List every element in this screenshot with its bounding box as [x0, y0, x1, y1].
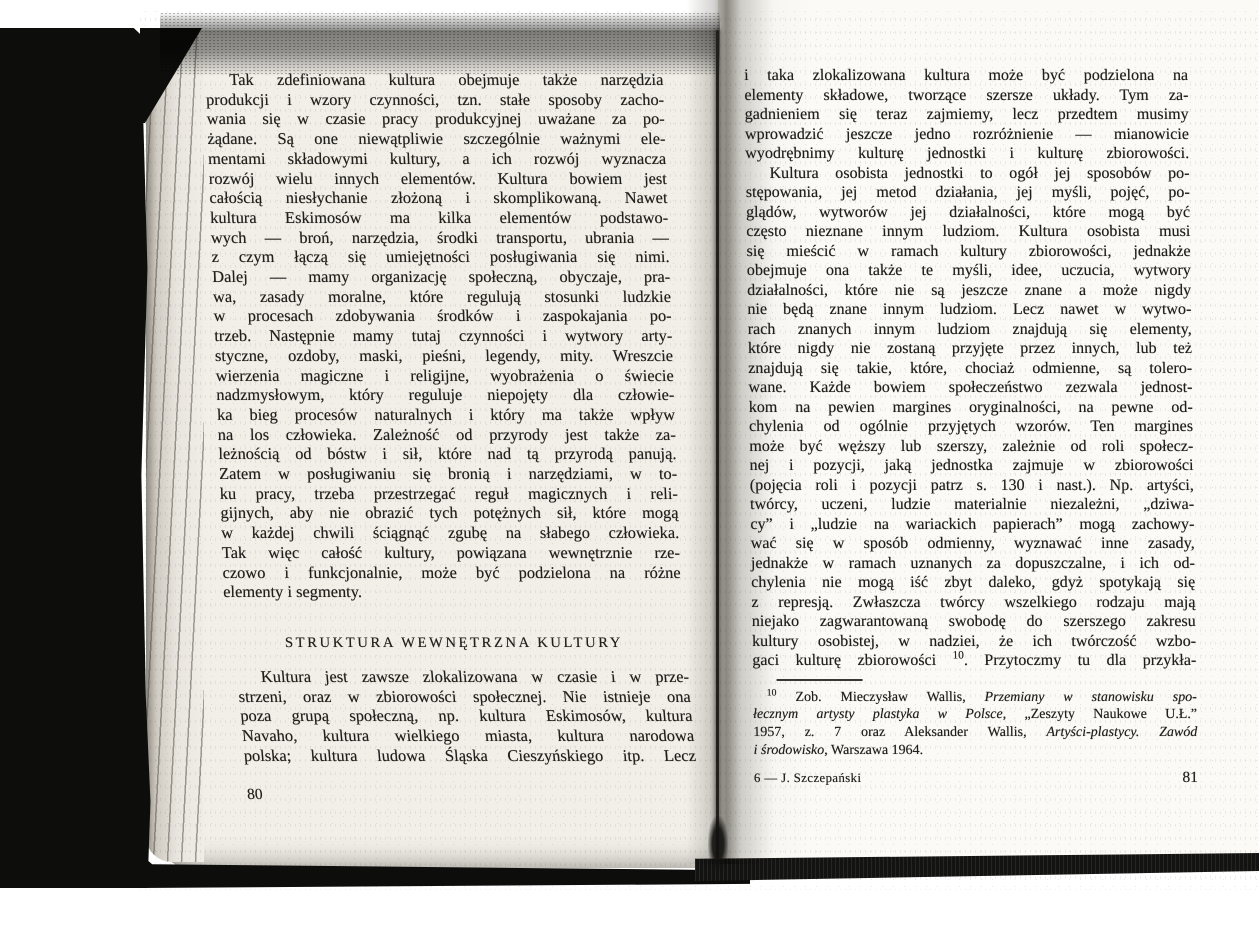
- page-edge-stack: [146, 34, 204, 862]
- text-line: które nigdy nie zostaną przyjęte przez i…: [748, 339, 1192, 359]
- text-line: działalności, które nie są jeszcze znane…: [747, 281, 1191, 301]
- text-line: rozwój wielu innych elementów. Kultura b…: [208, 169, 667, 189]
- text-line: wa, zasady moralne, które regulują stosu…: [213, 287, 672, 307]
- text-line: mentami składowymi kultury, a ich rozwój…: [208, 149, 667, 169]
- text-line: może być węższy lub szerszy, zależnie od…: [749, 437, 1193, 457]
- left-page-paragraph-1: Tak zdefiniowana kultura obejmuje także …: [205, 70, 682, 602]
- text-line: Zatem w posługiwaniu się bronią i narzęd…: [219, 464, 678, 484]
- text-line: leżnością od bóstw i sił, które nad tą p…: [218, 444, 677, 464]
- text-line: wych — broń, narzędzia, środki transport…: [211, 228, 670, 248]
- text-line: znajdują się takie, które, chociaż odmie…: [748, 359, 1192, 379]
- text-line: Navaho, kultura wielkiego miasta, kultur…: [241, 726, 695, 746]
- text-line: ku pracy, trzeba przestrzegać reguł magi…: [219, 484, 678, 504]
- text-line: elementy i segmenty.: [223, 582, 682, 602]
- text-line: z represją. Zwłaszcza twórcy wszelkiego …: [751, 593, 1195, 613]
- text-line: gaci kulturę zbiorowości 10. Przytoczmy …: [752, 651, 1196, 671]
- left-page-paragraph-2: Kultura jest zawsze zlokalizowana w czas…: [236, 667, 697, 766]
- text-line: czowo i funkcjonalnie, może być podzielo…: [222, 563, 681, 583]
- scan-background-left: [0, 28, 152, 888]
- text-line: całością niesłychanie złożoną i skomplik…: [209, 188, 668, 208]
- text-line: się mieścić w ramach kultury zbiorowości…: [746, 242, 1190, 262]
- text-line: w każdej chwili ściągnąć zgubę na słabeg…: [221, 523, 680, 543]
- text-line: nadzmysłowym, który reguluje niepojęty d…: [216, 385, 675, 405]
- text-line: polska; kultura ludowa Śląska Cieszyński…: [243, 746, 697, 766]
- page-number-right: 81: [1182, 768, 1198, 788]
- text-line: cy” i „ludzie na wariackich papierach” m…: [750, 515, 1194, 535]
- right-page-text: i taka zlokalizowana kultura może być po…: [744, 66, 1198, 788]
- text-line: poza grupą społeczną, np. kultura Eskimo…: [239, 706, 693, 726]
- text-line: strzeni, oraz w zbiorowości społecznej. …: [238, 687, 692, 707]
- text-line: Kultura jest zawsze zlokalizowana w czas…: [236, 667, 690, 687]
- left-page-text-upper: Tak zdefiniowana kultura obejmuje także …: [205, 70, 683, 653]
- text-line: glądów, wytworów jej działalności, które…: [746, 203, 1190, 223]
- text-line: nej i pozycji, jaką jednostka zajmuje w …: [749, 456, 1193, 476]
- text-line: Tak więc całość kultury, powiązana wewnę…: [222, 543, 681, 563]
- book-scan: Tak zdefiniowana kultura obejmuje także …: [0, 0, 1259, 935]
- text-line: elementy składowe, tworzące szersze ukła…: [744, 86, 1188, 106]
- text-line: chylenia nie mogą iść zbyt daleko, gdyż …: [751, 573, 1195, 593]
- text-line: kultury osobistej, w nadziei, że ich twó…: [752, 632, 1196, 652]
- text-line: kom na pewien margines oryginalności, na…: [749, 398, 1193, 418]
- footer-signature: 6 — J. Szczepański: [754, 769, 862, 789]
- text-line: (pojęcia roli i pozycji patrz s. 130 i n…: [750, 476, 1194, 496]
- text-line: wierzenia magiczne i religijne, wyobraże…: [215, 366, 674, 386]
- text-line: niejako zagwarantowaną swobodę do szersz…: [752, 612, 1196, 632]
- footnote: 10 Zob. Mieczysław Wallis, Przemiany w s…: [753, 689, 1198, 760]
- page-footer: 6 — J. Szczepański 81: [754, 768, 1198, 789]
- text-line: jednakże w ramach uznanych za dopuszczal…: [751, 554, 1195, 574]
- text-line: żądane. Są one niewątpliwie szczególnie …: [207, 129, 666, 149]
- text-line: produkcji i wzory czynności, tzn. stałe …: [206, 90, 665, 110]
- text-line: wane. Każde bowiem społeczeństwo zezwala…: [748, 378, 1192, 398]
- text-line: i taka zlokalizowana kultura może być po…: [744, 66, 1188, 86]
- text-line: 1957, z. 7 oraz Aleksander Wallis, Artyś…: [753, 724, 1197, 742]
- text-line: wyodrębnimy kulturę jednostki i kulturę …: [745, 144, 1189, 164]
- text-line: wać się w sposób odmienny, wyznawać inne…: [751, 534, 1195, 554]
- text-line: ka bieg procesów naturalnych i który ma …: [217, 405, 676, 425]
- left-page-text-lower: Kultura jest zawsze zlokalizowana w czas…: [236, 667, 700, 804]
- text-line: w procesach zdobywania środków i zaspoka…: [213, 306, 672, 326]
- text-line: gijnych, aby nie obrazić tych potężnych …: [220, 503, 679, 523]
- text-line: nie będą znane innym ludziom. Lecz nawet…: [747, 300, 1191, 320]
- text-line: trzeb. Następnie mamy tutaj czynności i …: [214, 326, 673, 346]
- text-line: twórcy, uczeni, ludzie materialnie nieza…: [750, 495, 1194, 515]
- text-line: gadnieniem się teraz zajmiemy, lecz prze…: [745, 105, 1189, 125]
- page-number-left: 80: [246, 785, 700, 805]
- text-line: Tak zdefiniowana kultura obejmuje także …: [205, 70, 664, 90]
- text-line: i środowisko, Warszawa 1964.: [753, 742, 1197, 760]
- page-top-shadow: [160, 12, 720, 76]
- section-heading: STRUKTURA WEWNĘTRZNA KULTURY: [225, 633, 684, 653]
- text-line: chylenia od ogólnie przyjętych wzorów. T…: [749, 417, 1193, 437]
- text-line: Dalej — mamy organizację społeczną, obyc…: [212, 267, 671, 287]
- text-line: wania się w czasie pracy produkcyjnej uw…: [206, 109, 665, 129]
- text-line: obejmuje ona także te myśli, idee, uczuc…: [747, 261, 1191, 281]
- text-line: na los człowieka. Zależność od przyrody …: [217, 425, 676, 445]
- book-spine-smudge: [708, 816, 728, 872]
- text-line: kultura Eskimosów ma kilka elementów pod…: [210, 208, 669, 228]
- right-page-body: i taka zlokalizowana kultura może być po…: [744, 66, 1196, 671]
- text-line: 10 Zob. Mieczysław Wallis, Przemiany w s…: [753, 689, 1197, 707]
- footnote-rule: [777, 679, 863, 681]
- text-line: Kultura osobista jednostki to ogół jej s…: [745, 164, 1189, 184]
- text-line: często nieznane innym ludziom. Kultura o…: [746, 222, 1190, 242]
- text-line: łecznym artysty plastyka w Polsce, „Zesz…: [753, 706, 1197, 724]
- text-line: z czym łączą się umiejętności posługiwan…: [211, 247, 670, 267]
- book-spine-line: [716, 30, 719, 858]
- text-line: stępowania, jej metod działania, jej myś…: [746, 183, 1190, 203]
- text-line: wprowadzić jeszcze jedno rozróżnienie — …: [745, 125, 1189, 145]
- text-line: rach znanych innym ludziom znajdują się …: [748, 320, 1192, 340]
- text-line: styczne, ozdoby, maski, pieśni, legendy,…: [215, 346, 674, 366]
